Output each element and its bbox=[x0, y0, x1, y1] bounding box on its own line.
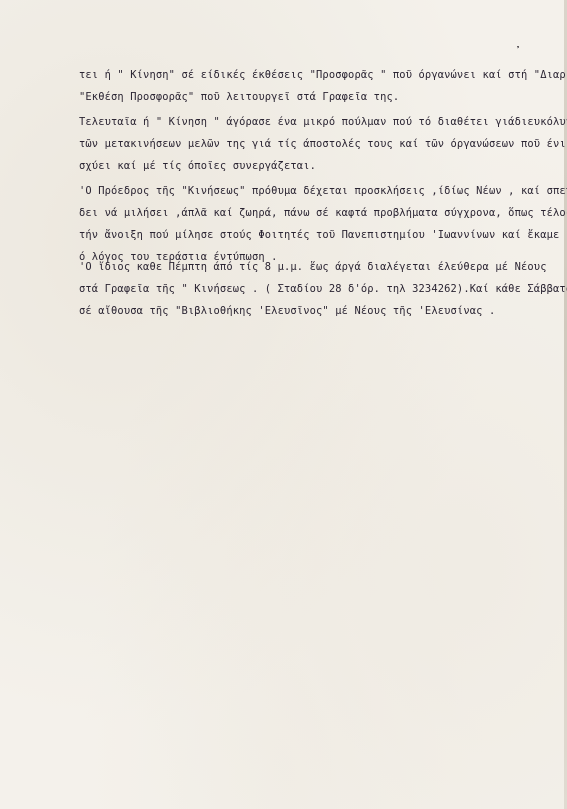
margin-mark: ᾽ bbox=[515, 46, 521, 57]
paragraph-1: τει ή " Κίνηση" σέ είδικές έκθέσεις "Προ… bbox=[79, 64, 559, 108]
text-line: τῶν μετακινήσεων μελῶν της γιά τίς άποστ… bbox=[79, 133, 559, 155]
paragraph-2: Τελευταῖα ή " Κίνηση " άγόρασε ένα μικρό… bbox=[79, 111, 559, 177]
text-line: σέ αἴθουσα τῆς "Βιβλιοθήκης 'Ελευσῖνος" … bbox=[79, 300, 559, 322]
text-line: σχύει καί μέ τίς όποῖες συνεργάζεται. bbox=[79, 155, 559, 177]
paragraph-4: 'Ο ἴδιος καθε Πέμπτη άπό τίς 8 μ.μ. ἕως … bbox=[79, 256, 559, 322]
text-line: "Εκθέση Προσφορᾶς" ποῦ λειτουργεῖ στά Γρ… bbox=[79, 86, 559, 108]
paragraph-3: 'Ο Πρόεδρος τῆς "Κινήσεως" πρόθυμα δέχετ… bbox=[79, 180, 559, 268]
text-line: Τελευταῖα ή " Κίνηση " άγόρασε ένα μικρό… bbox=[79, 111, 559, 133]
text-line: τει ή " Κίνηση" σέ είδικές έκθέσεις "Προ… bbox=[79, 64, 559, 86]
text-line: 'Ο ἴδιος καθε Πέμπτη άπό τίς 8 μ.μ. ἕως … bbox=[79, 256, 559, 278]
text-line: δει νά μιλήσει ,άπλᾶ καί ζωηρά, πάνω σέ … bbox=[79, 202, 559, 224]
text-line: τήν ἄνοιξη πού μίλησε στούς Φοιτητές τοῦ… bbox=[79, 224, 559, 246]
text-line: στά Γραφεῖα τῆς " Κινήσεως . ( Σταδίου 2… bbox=[79, 278, 559, 300]
text-line: 'Ο Πρόεδρος τῆς "Κινήσεως" πρόθυμα δέχετ… bbox=[79, 180, 559, 202]
